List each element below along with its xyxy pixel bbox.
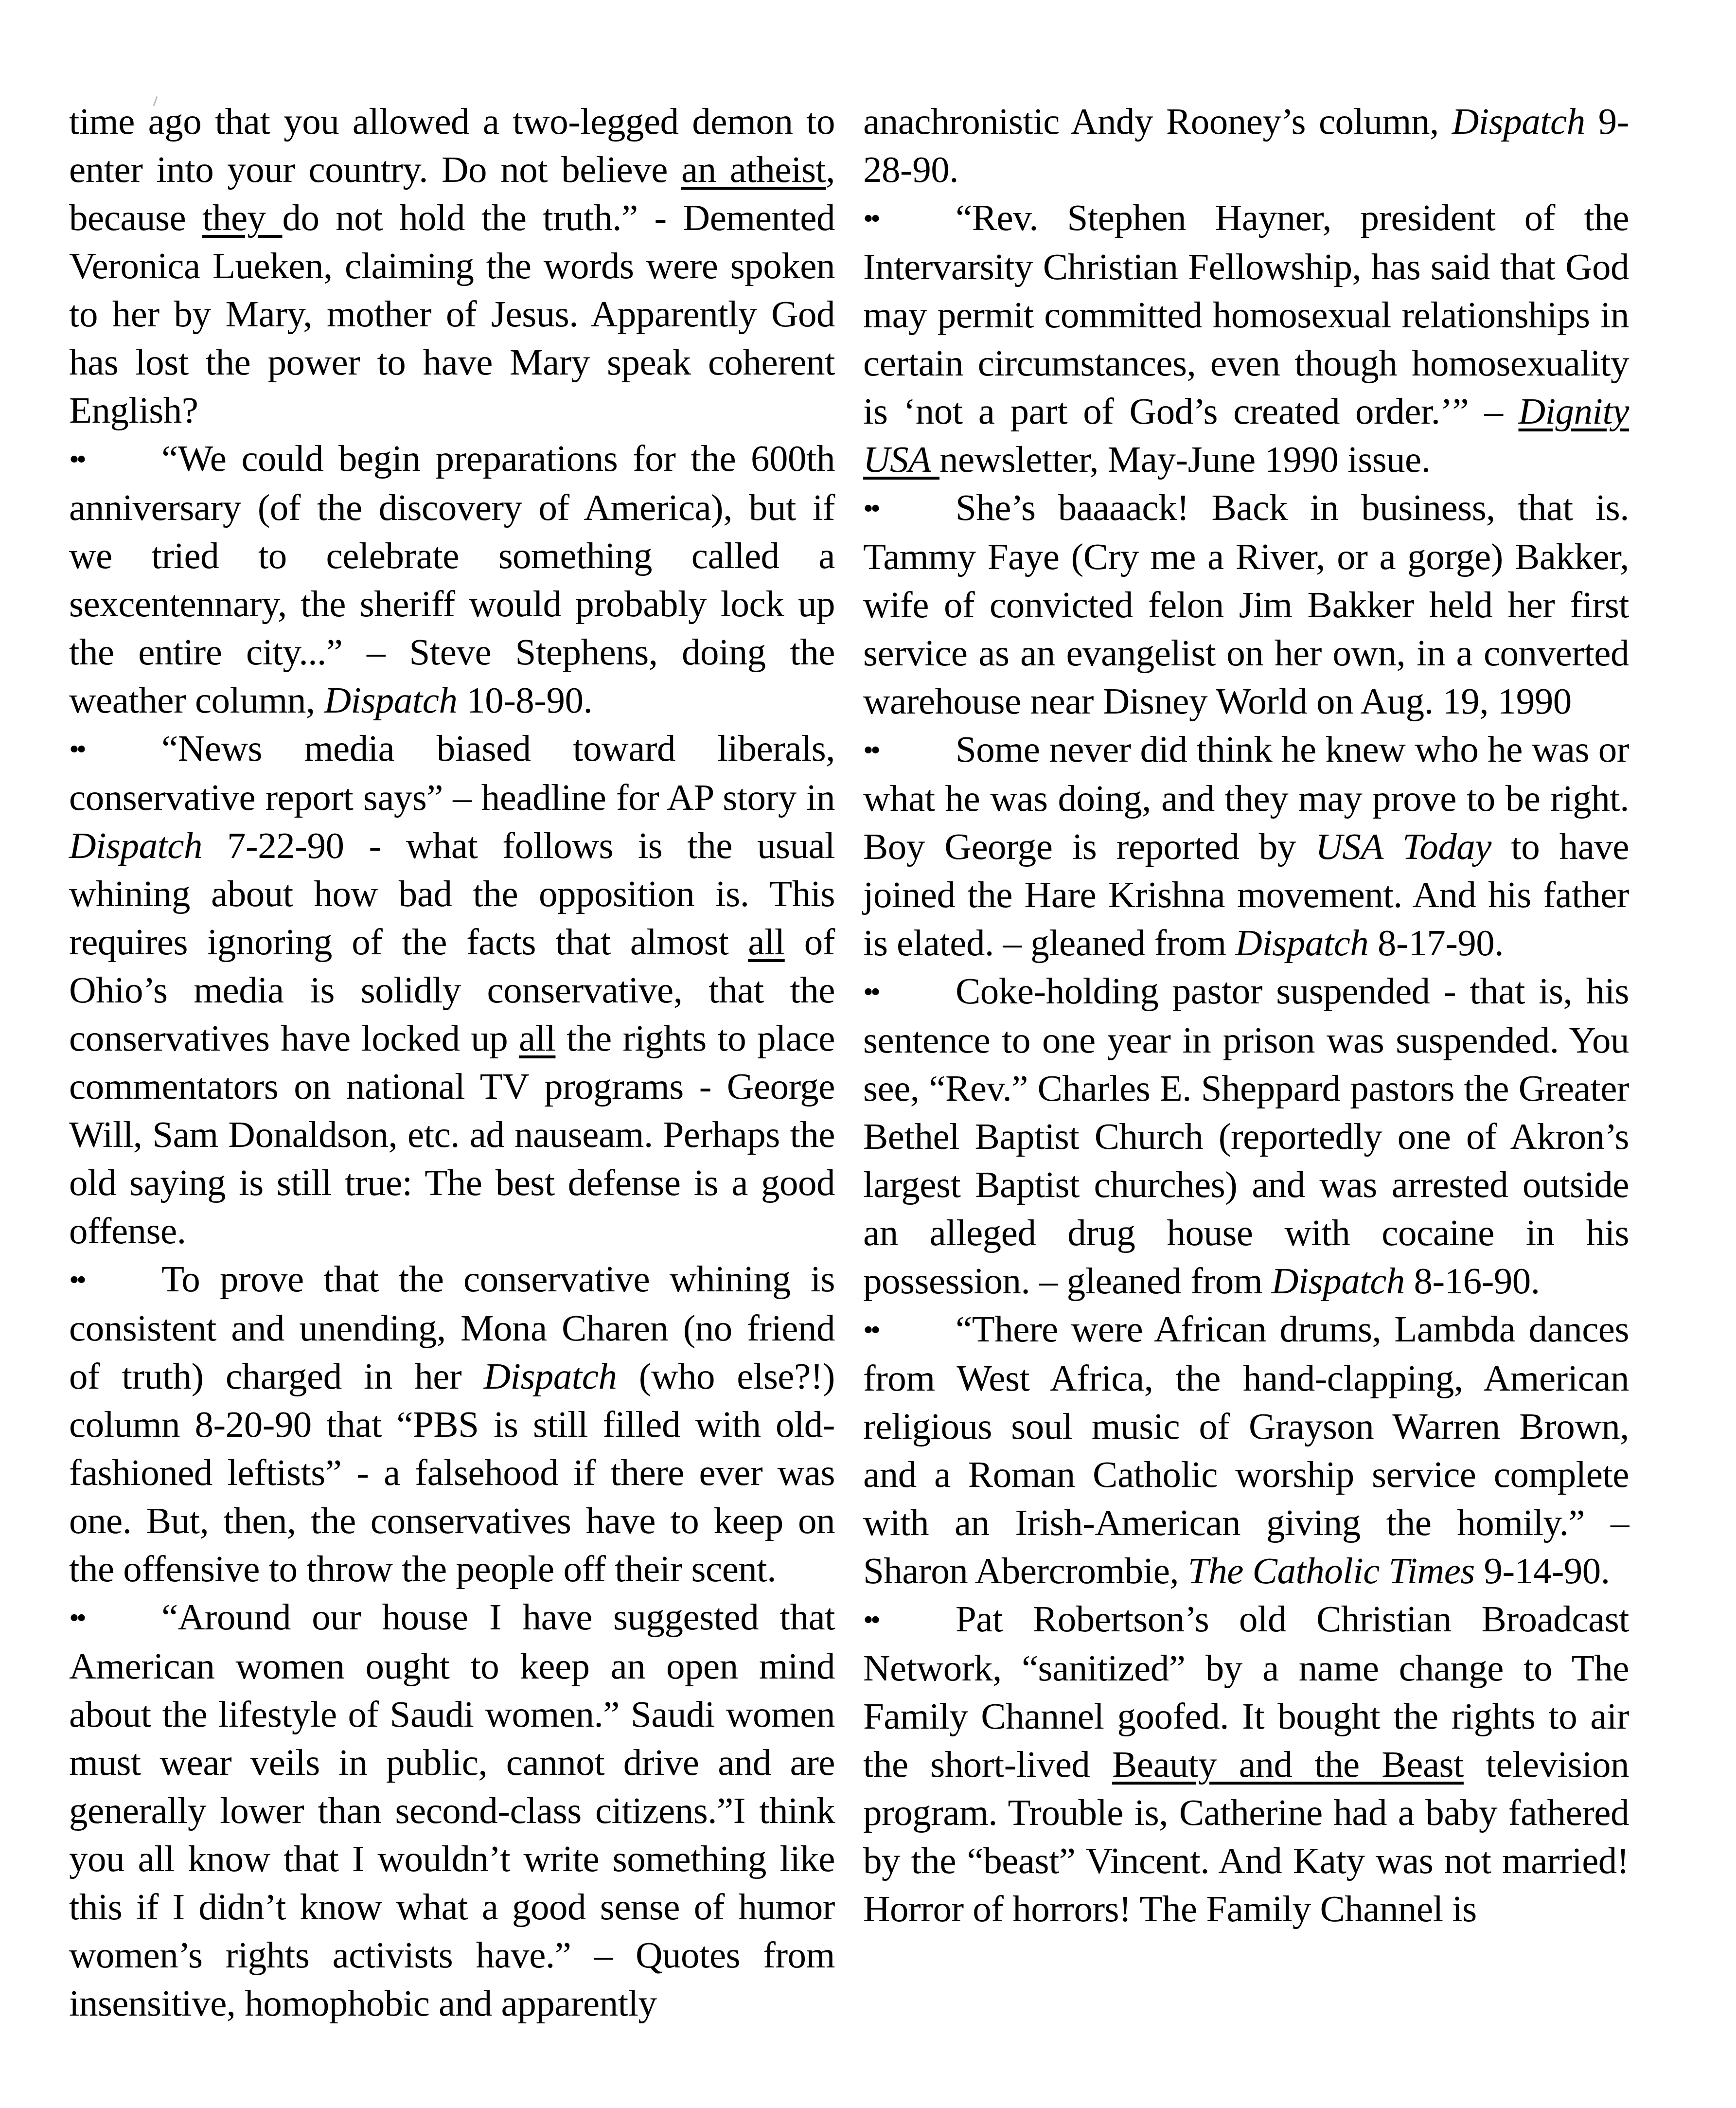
- body-text: 8-17-90.: [1368, 922, 1504, 964]
- double-bullet-icon: ••: [863, 195, 956, 243]
- body-text: newsletter, May-June 1990 issue.: [939, 438, 1431, 480]
- document-page: time ago that you allowed a two-legged d…: [0, 0, 1736, 2108]
- double-bullet-icon: ••: [69, 1594, 161, 1642]
- body-text: “News media biased toward liberals, cons…: [69, 727, 835, 818]
- bulleted-item: ••“Rev. Stephen Hayner, president of the…: [863, 194, 1629, 483]
- body-text: Coke-holding pastor suspended - that is,…: [863, 970, 1629, 1302]
- bulleted-item: ••To prove that the conservative whining…: [69, 1255, 835, 1593]
- underlined-text: they: [202, 197, 282, 238]
- bulleted-item: ••Some never did think he knew who he wa…: [863, 725, 1629, 967]
- bulleted-item: ••“Around our house I have suggested tha…: [69, 1593, 835, 2027]
- body-text: anachronistic Andy Rooney’s column,: [863, 100, 1452, 142]
- double-bullet-icon: ••: [69, 435, 161, 483]
- italic-title: USA Today: [1315, 825, 1491, 867]
- bulleted-item: ••“We could begin preparations for the 6…: [69, 434, 835, 724]
- bulleted-item: ••“News media biased toward liberals, co…: [69, 724, 835, 1255]
- left-column: time ago that you allowed a two-legged d…: [69, 97, 835, 2027]
- italic-title: Dispatch: [1235, 922, 1368, 964]
- double-bullet-icon: ••: [863, 968, 956, 1016]
- body-text: “There were African drums, Lambda dances…: [863, 1308, 1629, 1591]
- bulleted-item: ••She’s baaaack! Back in business, that …: [863, 483, 1629, 725]
- continued-paragraph: time ago that you allowed a two-legged d…: [69, 97, 835, 434]
- bulleted-item: ••Coke-holding pastor suspended - that i…: [863, 967, 1629, 1305]
- double-bullet-icon: ••: [863, 726, 956, 774]
- bulleted-item: ••“There were African drums, Lambda danc…: [863, 1305, 1629, 1595]
- double-bullet-icon: ••: [863, 1596, 956, 1644]
- italic-title: Dispatch: [1452, 100, 1585, 142]
- body-text: 9-14-90.: [1475, 1550, 1610, 1591]
- body-text: “Rev. Stephen Hayner, president of the I…: [863, 197, 1629, 432]
- body-text: 10-8-90.: [457, 679, 592, 721]
- underlined-text: Beauty and the Beast: [1112, 1743, 1464, 1785]
- body-text: She’s baaaack! Back in business, that is…: [863, 486, 1629, 722]
- bulleted-item: ••Pat Robertson’s old Christian Broadcas…: [863, 1595, 1629, 1933]
- double-bullet-icon: ••: [69, 1256, 161, 1304]
- italic-title: Dispatch: [69, 824, 202, 866]
- body-text: 8-16-90.: [1405, 1260, 1540, 1302]
- body-text: “We could begin preparations for the 600…: [69, 437, 835, 721]
- underlined-text: an atheist: [681, 148, 826, 190]
- underlined-text: all: [519, 1017, 555, 1059]
- underlined-text: all: [748, 921, 784, 963]
- double-bullet-icon: ••: [69, 725, 161, 773]
- double-bullet-icon: ••: [863, 484, 956, 533]
- right-column: anachronistic Andy Rooney’s column, Disp…: [863, 97, 1629, 1933]
- body-text: “Around our house I have suggested that …: [69, 1596, 835, 2024]
- double-bullet-icon: ••: [863, 1306, 956, 1354]
- continued-paragraph: anachronistic Andy Rooney’s column, Disp…: [863, 97, 1629, 194]
- italic-title: Dispatch: [483, 1355, 617, 1397]
- italic-title: Dispatch: [324, 679, 457, 721]
- italic-title: Dispatch: [1272, 1260, 1405, 1302]
- italic-title: The Catholic Times: [1188, 1550, 1475, 1591]
